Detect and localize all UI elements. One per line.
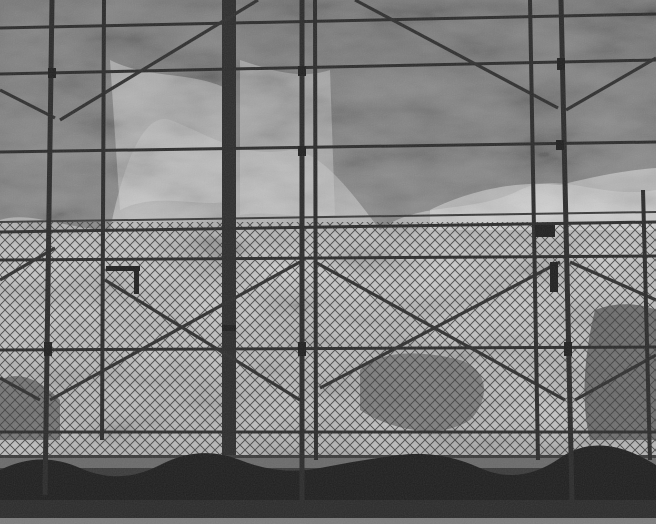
photo-canvas <box>0 0 656 524</box>
scaffolding-photo: Black-and-white photograph of rusty meta… <box>0 0 656 524</box>
